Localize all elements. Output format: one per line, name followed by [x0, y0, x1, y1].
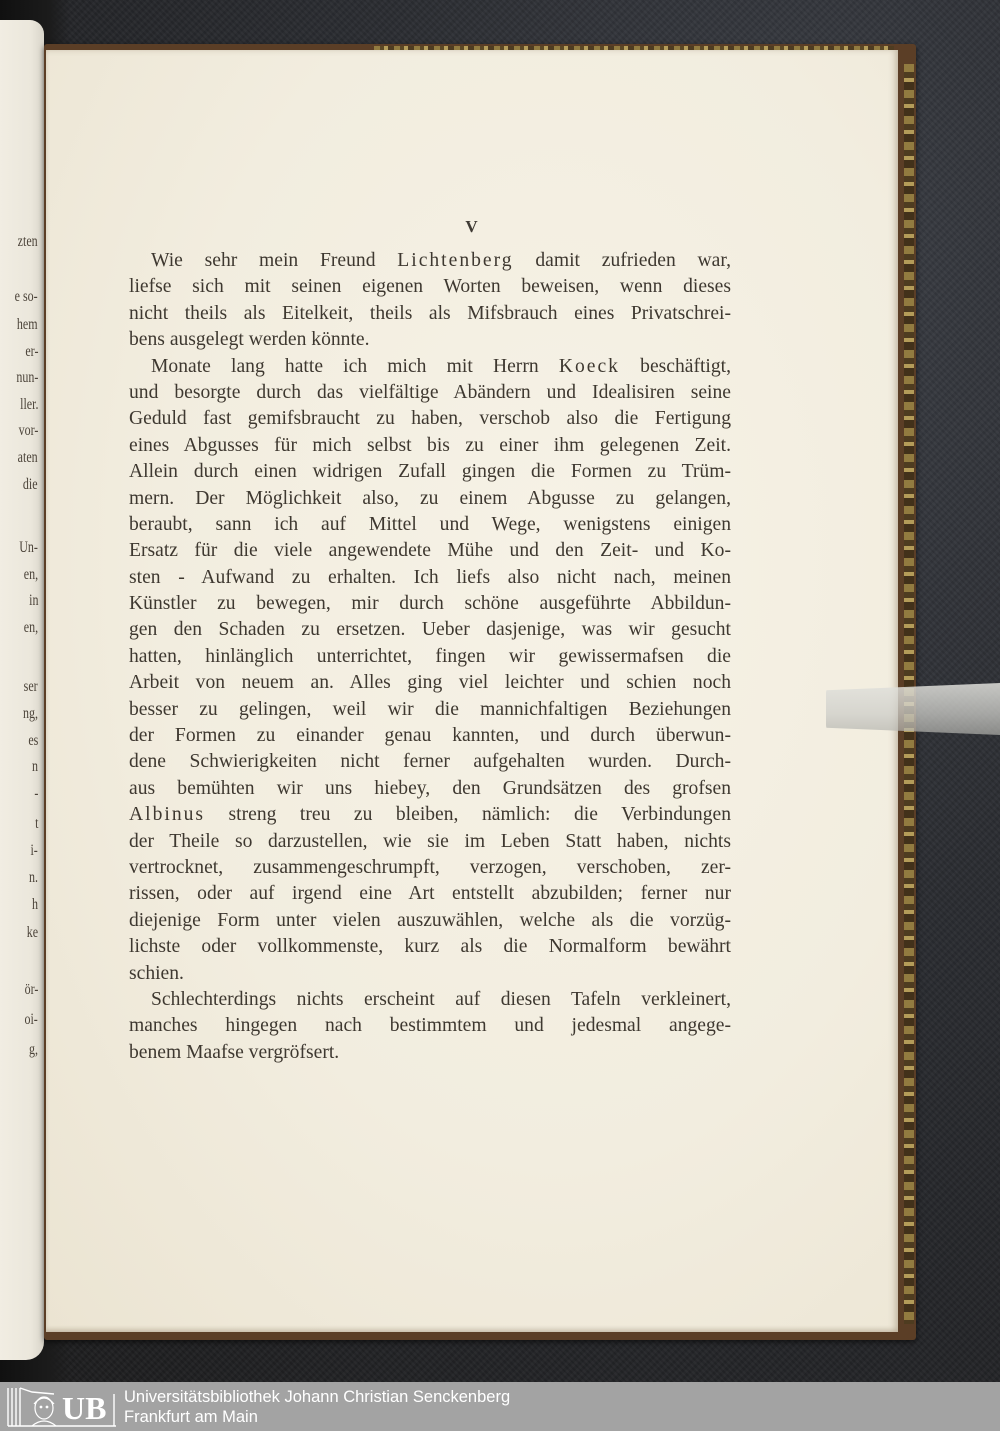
left-page-text-fragment: n.	[29, 869, 38, 887]
text-segment: Schlechterdings nichts erscheint auf die…	[151, 989, 731, 1010]
text-line: diejenige Form unter vielen auszuwählen,…	[129, 908, 731, 934]
text-segment: mern. Der Möglichkeit also, zu einem Abg…	[129, 488, 731, 509]
left-page-text-fragment: aten	[18, 449, 38, 467]
footer-line-1: Universitätsbibliothek Johann Christian …	[124, 1387, 510, 1407]
left-page-text-fragment: ng,	[23, 705, 38, 723]
text-segment: hatten, hinlänglich unterrichtet, fingen…	[129, 646, 731, 667]
text-line: manches hingegen nach bestimmtem und jed…	[129, 1013, 731, 1039]
text-line: mern. Der Möglichkeit also, zu einem Abg…	[129, 486, 731, 512]
text-line: der Theile so darzustellen, wie sie im L…	[129, 829, 731, 855]
text-segment: nicht theils als Eitelkeit, theils als M…	[129, 303, 731, 324]
text-line: dene Schwierigkeiten nicht ferner aufgeh…	[129, 749, 731, 775]
text-line: rissen, oder auf irgend eine Art entstel…	[129, 881, 731, 907]
page-body-text: Wie sehr mein Freund Lichtenberg damit z…	[129, 248, 731, 1066]
book-scan: ztene so-hemer-nun-ller.vor-atendieUn-en…	[0, 0, 1000, 1382]
text-line: Geduld fast gemifsbraucht zu haben, vers…	[129, 406, 731, 432]
left-page-text-fragment: i-	[31, 842, 38, 860]
text-segment: Wie sehr mein Freund	[151, 250, 397, 271]
left-page-text-fragment: ke	[27, 924, 38, 942]
text-line: Arbeit von neuem an. Alles ging viel lei…	[129, 670, 731, 696]
text-line: Schlechterdings nichts erscheint auf die…	[129, 987, 731, 1013]
text-line: gen den Schaden zu ersetzen. Ueber dasje…	[129, 617, 731, 643]
left-page-text-fragment: vor-	[18, 422, 38, 440]
left-page-text-fragment: e so-	[15, 288, 38, 306]
text-segment: Allein durch einen widrigen Zufall ginge…	[129, 461, 731, 482]
text-line: bens ausgelegt werden könnte.	[129, 327, 731, 353]
footer-line-2: Frankfurt am Main	[124, 1407, 510, 1427]
left-page-text-fragment: die	[23, 476, 38, 494]
text-segment: beraubt, sann ich auf Mittel und Wege, w…	[129, 514, 731, 535]
left-page-text-fragment: t	[35, 815, 38, 833]
text-segment: sten - Aufwand zu erhalten. Ich liefs al…	[129, 567, 731, 588]
left-page-text-fragment: g,	[29, 1041, 38, 1059]
text-line: eines Abgusses für mich selbst bis zu ei…	[129, 433, 731, 459]
portrait-icon	[32, 1397, 56, 1426]
text-segment: diejenige Form unter vielen auszuwählen,…	[129, 910, 731, 931]
text-line: liefse sich mit seinen eigenen Worten be…	[129, 274, 731, 300]
text-segment: rissen, oder auf irgend eine Art entstel…	[129, 883, 731, 904]
text-segment: Monate lang hatte ich mich mit Herrn	[151, 356, 559, 377]
left-page-text-fragment: es	[28, 732, 38, 750]
left-page-text-fragment: -	[34, 785, 38, 803]
bookmark-strip	[826, 683, 1000, 735]
emphasized-name: Koeck	[559, 356, 620, 377]
left-page-text-fragment: en,	[24, 566, 38, 584]
text-segment: Ersatz für die viele angewendete Mühe un…	[129, 540, 731, 561]
left-page-text-fragment: en,	[24, 619, 38, 637]
left-page-edge: ztene so-hemer-nun-ller.vor-atendieUn-en…	[0, 20, 44, 1360]
emphasized-name: Lichtenberg	[397, 250, 513, 271]
text-line: aus bemühten wir uns hiebey, den Grundsä…	[129, 776, 731, 802]
library-footer: UB Universitätsbibliothek Johann Christi…	[0, 1382, 1000, 1431]
footer-institution: Universitätsbibliothek Johann Christian …	[124, 1387, 510, 1427]
left-page-text-fragment: ör-	[24, 981, 38, 999]
left-page-text-fragment: hem	[17, 316, 38, 334]
text-segment: damit zufrieden war,	[514, 250, 731, 271]
text-line: Allein durch einen widrigen Zufall ginge…	[129, 459, 731, 485]
left-page-text-fragment: oi-	[25, 1011, 38, 1029]
text-line: sten - Aufwand zu erhalten. Ich liefs al…	[129, 565, 731, 591]
text-segment: lichste oder vollkommenste, kurz als die…	[129, 936, 731, 957]
text-segment: vertrocknet, zusammengeschrumpft, verzog…	[129, 857, 731, 878]
text-segment: streng treu zu bleiben, nämlich: die Ver…	[205, 804, 731, 825]
text-line: lichste oder vollkommenste, kurz als die…	[129, 934, 731, 960]
text-line: Monate lang hatte ich mich mit Herrn Koe…	[129, 354, 731, 380]
text-line: benem Maafse vergröfsert.	[129, 1040, 731, 1066]
left-page-text-fragment: zten	[18, 233, 38, 251]
text-line: beraubt, sann ich auf Mittel und Wege, w…	[129, 512, 731, 538]
text-segment: bens ausgelegt werden könnte.	[129, 329, 370, 350]
text-line: schien.	[129, 961, 731, 987]
text-segment: eines Abgusses für mich selbst bis zu ei…	[129, 435, 731, 456]
text-segment: aus bemühten wir uns hiebey, den Grundsä…	[129, 778, 731, 799]
text-line: Ersatz für die viele angewendete Mühe un…	[129, 538, 731, 564]
right-page: V Wie sehr mein Freund Lichtenberg damit…	[46, 50, 898, 1332]
text-line: der Formen zu einander genau kannten, un…	[129, 723, 731, 749]
text-line: hatten, hinlänglich unterrichtet, fingen…	[129, 644, 731, 670]
text-line: nicht theils als Eitelkeit, theils als M…	[129, 301, 731, 327]
left-page-text-fragment: n	[32, 758, 38, 776]
text-segment: Arbeit von neuem an. Alles ging viel lei…	[129, 672, 731, 693]
left-page-text-fragment: h	[32, 896, 38, 914]
left-page-text-fragment: ser	[24, 678, 38, 696]
text-segment: dene Schwierigkeiten nicht ferner aufgeh…	[129, 751, 731, 772]
text-segment: der Formen zu einander genau kannten, un…	[129, 725, 731, 746]
left-page-text-fragment: in	[29, 592, 38, 610]
text-segment: besser zu gelingen, weil wir die mannich…	[129, 699, 731, 720]
ub-logo: UB	[4, 1384, 116, 1429]
text-line: Wie sehr mein Freund Lichtenberg damit z…	[129, 248, 731, 274]
text-segment: beschäftigt,	[620, 356, 731, 377]
text-segment: Künstler zu bewegen, mir durch schöne au…	[129, 593, 731, 614]
left-page-text-fragment: Un-	[19, 539, 38, 557]
left-page-text-fragment: er-	[25, 343, 38, 361]
left-page-text-fragment: ller.	[20, 396, 38, 414]
text-segment: und besorgte durch das vielfältige Abänd…	[129, 382, 731, 403]
left-page-text-fragment: nun-	[16, 369, 38, 387]
text-line: Künstler zu bewegen, mir durch schöne au…	[129, 591, 731, 617]
text-line: vertrocknet, zusammengeschrumpft, verzog…	[129, 855, 731, 881]
logo-ub-text: UB	[62, 1392, 106, 1424]
emphasized-name: Albinus	[129, 804, 205, 825]
text-segment: gen den Schaden zu ersetzen. Ueber dasje…	[129, 619, 731, 640]
text-line: Albinus streng treu zu bleiben, nämlich:…	[129, 802, 731, 828]
text-segment: schien.	[129, 963, 184, 984]
text-segment: liefse sich mit seinen eigenen Worten be…	[129, 276, 731, 297]
text-segment: der Theile so darzustellen, wie sie im L…	[129, 831, 731, 852]
text-segment: manches hingegen nach bestimmtem und jed…	[129, 1015, 731, 1036]
text-segment: Geduld fast gemifsbraucht zu haben, vers…	[129, 408, 731, 429]
page-number: V	[46, 217, 898, 237]
text-segment: benem Maafse vergröfsert.	[129, 1042, 339, 1063]
text-line: besser zu gelingen, weil wir die mannich…	[129, 697, 731, 723]
text-line: und besorgte durch das vielfältige Abänd…	[129, 380, 731, 406]
